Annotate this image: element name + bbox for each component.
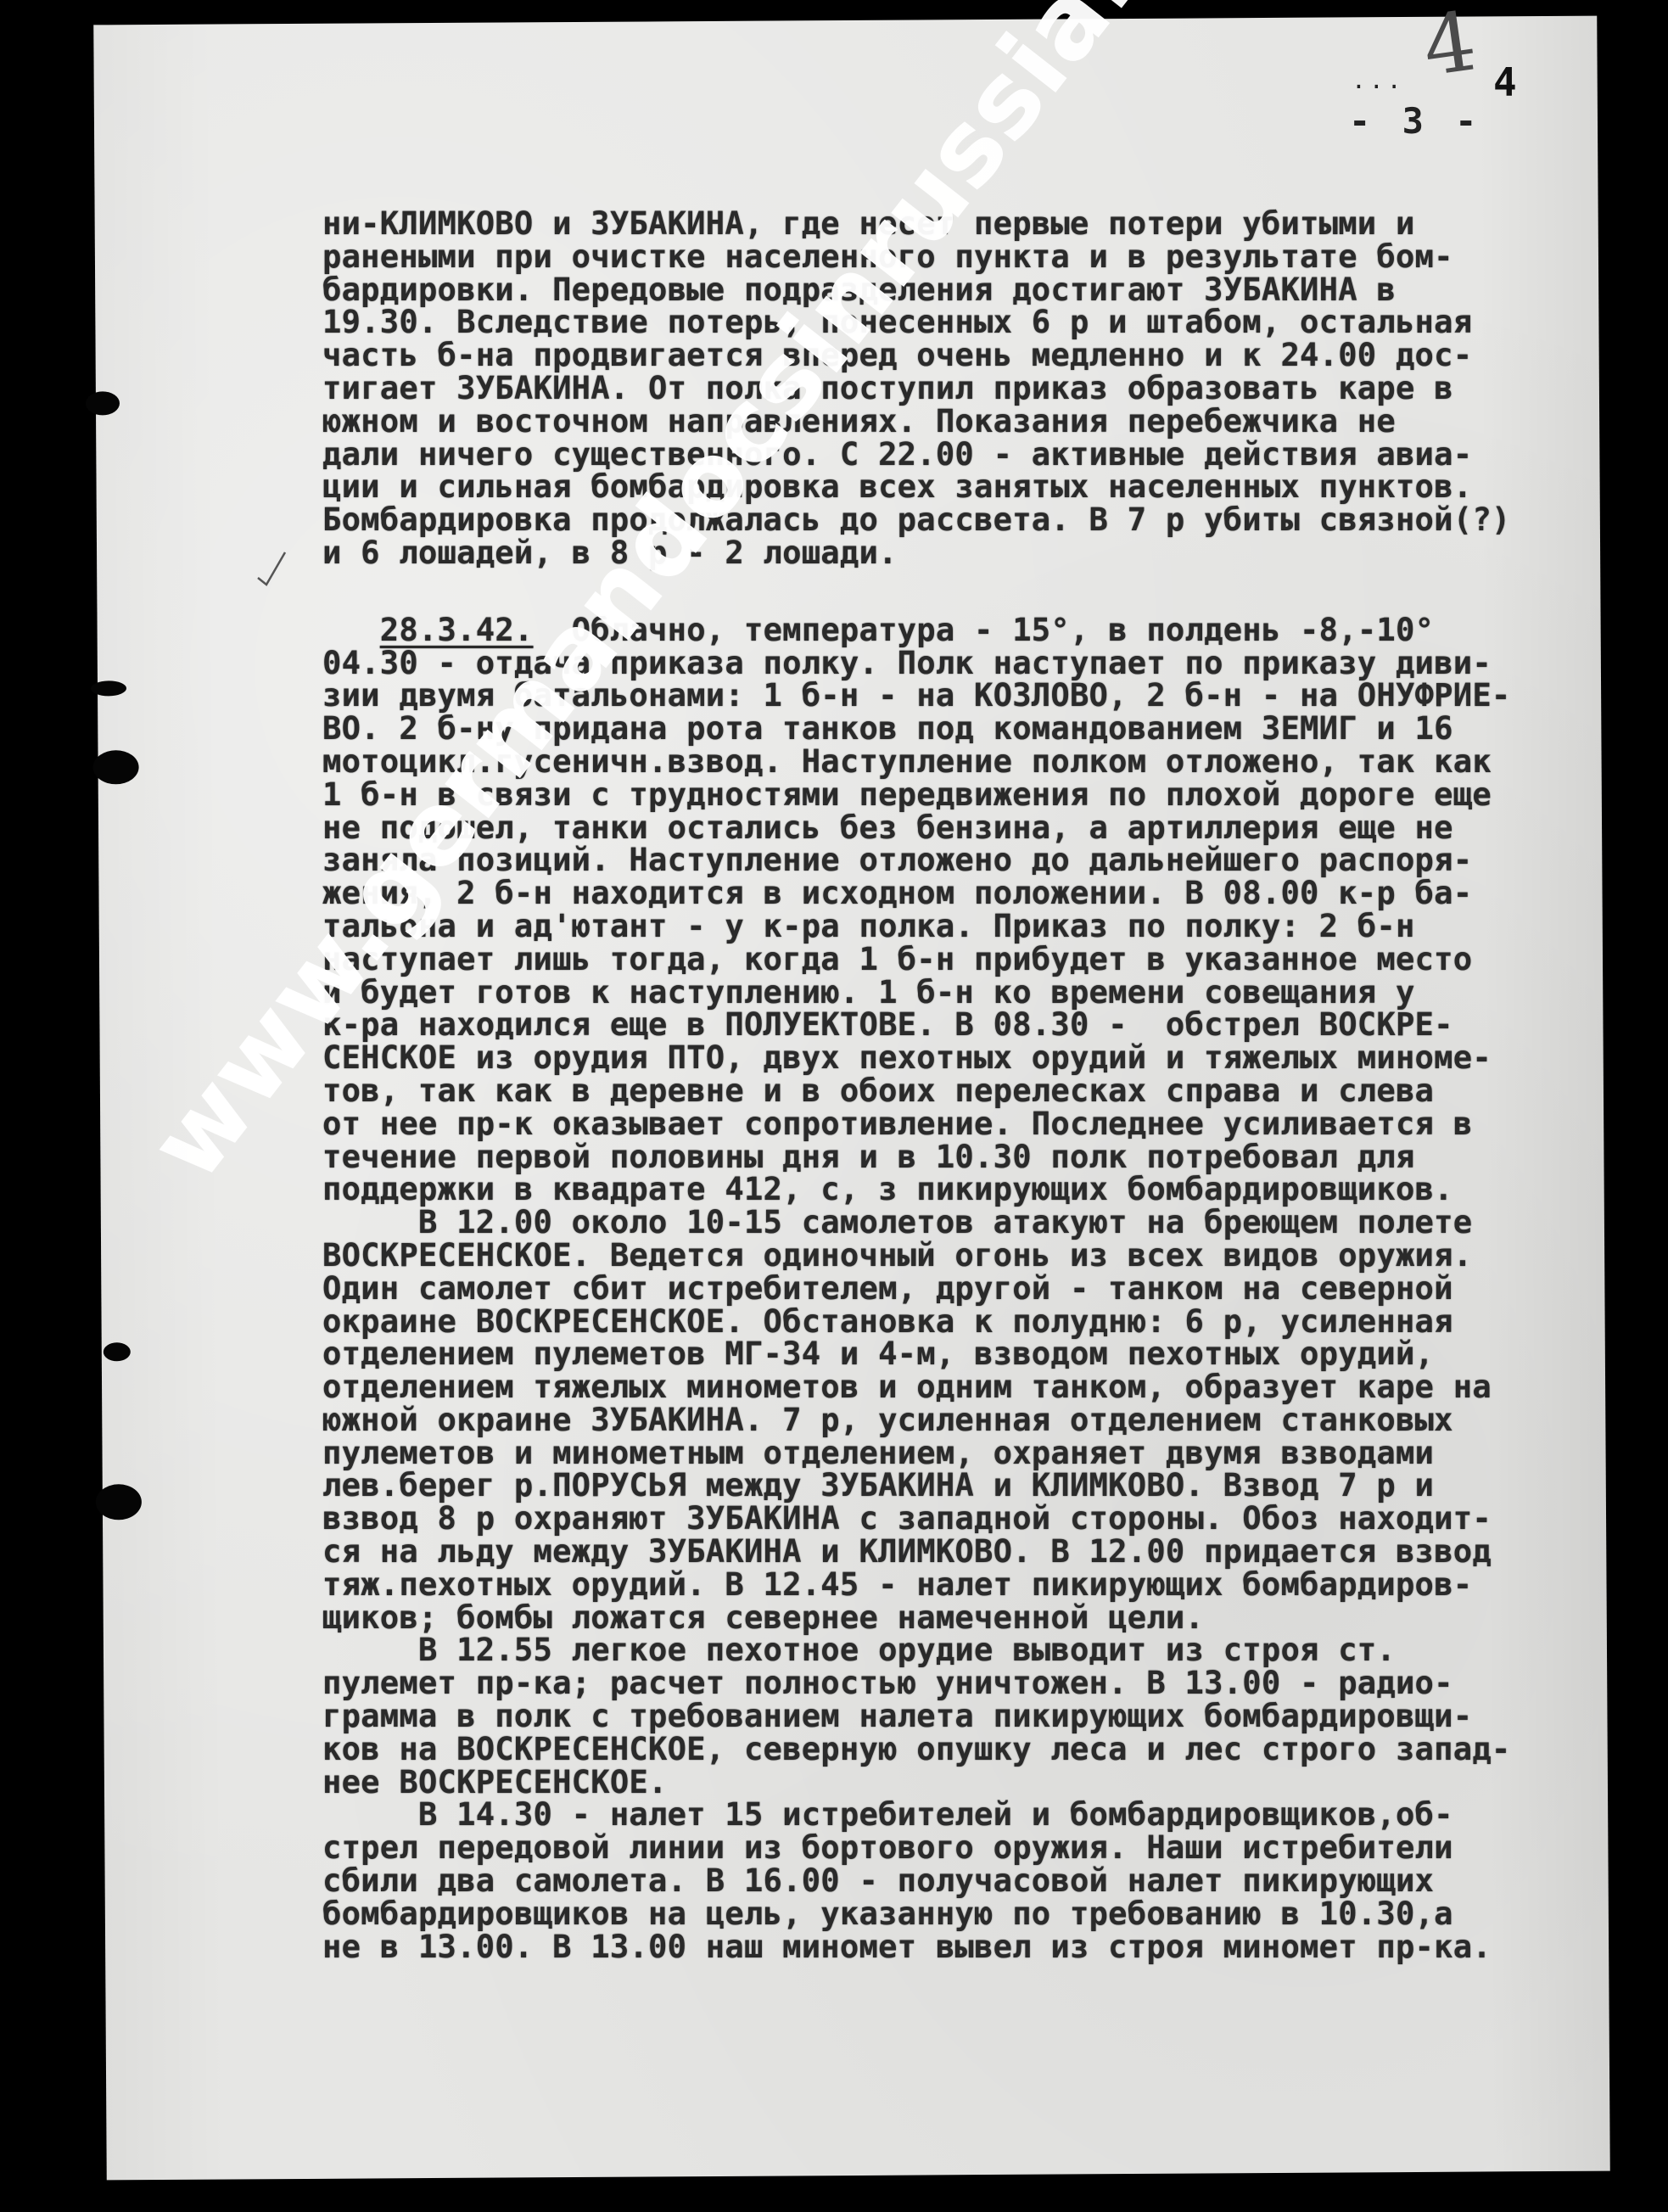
text-line: нее ВОСКРЕСЕНСКОЕ. — [322, 1766, 1629, 1799]
checkmark-icon — [255, 547, 288, 590]
text-line: ся на льду между ЗУБАКИНА и КЛИМКОВО. В … — [322, 1535, 1629, 1568]
text-line: наступает лишь тогда, когда 1 б-н прибуд… — [322, 943, 1629, 976]
punch-hole — [96, 1484, 142, 1520]
paragraph: ни-КЛИМКОВО и ЗУБАКИНА, где несет первые… — [322, 207, 1629, 569]
text-line: поддержки в квадрате 412, с, з пикирующи… — [322, 1173, 1629, 1206]
text-line: пулеметов и минометным отделением, охран… — [322, 1436, 1629, 1470]
paragraph: В 14.30 - налет 15 истребителей и бомбар… — [322, 1798, 1629, 1963]
text-line: отделением тяжелых минометов и одним тан… — [322, 1370, 1629, 1403]
text-line: бардировки. Передовые подразделения дост… — [322, 273, 1629, 306]
text-line: лев.берег р.ПОРУСЬЯ между ЗУБАКИНА и КЛИ… — [322, 1469, 1629, 1502]
text-line: заняла позиций. Наступление отложено до … — [322, 843, 1629, 876]
punch-hole — [91, 680, 126, 696]
paragraph: В 12.55 легкое пехотное орудие выводит и… — [322, 1633, 1629, 1798]
text-line: к-ра находился еще в ПОЛУЕКТОВЕ. В 08.30… — [322, 1008, 1629, 1041]
punch-hole — [92, 750, 138, 784]
text-line: СЕНСКОЕ из орудия ПТО, двух пехотных ору… — [322, 1041, 1629, 1074]
text-line: окраине ВОСКРЕСЕНСКОЕ. Обстановка к полу… — [322, 1305, 1629, 1338]
punch-hole — [86, 391, 120, 415]
paragraph: В 12.00 около 10-15 самолетов атакуют на… — [322, 1206, 1629, 1633]
text-line: жения, 2 б-н находится в исходном положе… — [322, 876, 1629, 910]
text-line: Один самолет сбит истребителем, другой -… — [322, 1272, 1629, 1305]
text-line: В 12.55 легкое пехотное орудие выводит и… — [322, 1633, 1629, 1666]
text-line: тальона и ад'ютант - у к-ра полка. Прика… — [322, 910, 1629, 943]
text-line: и 6 лошадей, в 8 р - 2 лошади. — [322, 536, 1629, 569]
archive-folio-stamp: 4 — [1493, 59, 1517, 105]
text-line: южной окраине ЗУБАКИНА. 7 р, усиленная о… — [322, 1403, 1629, 1436]
text-line: стрел передовой линии из бортового оружи… — [322, 1831, 1629, 1864]
text-line: не в 13.00. В 13.00 наш миномет вывел из… — [322, 1930, 1629, 1963]
text-line: В 14.30 - налет 15 истребителей и бомбар… — [322, 1798, 1629, 1831]
text-line: тяж.пехотных орудий. В 12.45 - налет пик… — [322, 1568, 1629, 1601]
text-line: щиков; бомбы ложатся севернее намеченной… — [322, 1601, 1629, 1634]
typewritten-body: ни-КЛИМКОВО и ЗУБАКИНА, где несет первые… — [322, 207, 1629, 1963]
page-number: - 3 - — [1349, 100, 1481, 142]
text-line: ков на ВОСКРЕСЕНСКОЕ, северную опушку ле… — [322, 1733, 1629, 1766]
text-line: бомбардировщиков на цель, указанную по т… — [322, 1897, 1629, 1930]
text-line: 19.30. Вследствие потерь, понесенных 6 р… — [322, 305, 1629, 339]
text-line: течение первой половины дня и в 10.30 по… — [322, 1140, 1629, 1173]
text-line: ВОСКРЕСЕНСКОЕ. Ведется одиночный огонь и… — [322, 1239, 1629, 1272]
text-line: тов, так как в деревне и в обоих перелес… — [322, 1074, 1629, 1107]
text-line: грамма в полк с требованием налета пикир… — [322, 1700, 1629, 1733]
stamp-marks: ... — [1352, 66, 1405, 94]
text-line: ранеными при очистке населенного пункта … — [322, 240, 1629, 273]
text-line: пулемет пр-ка; расчет полностью уничтоже… — [322, 1666, 1629, 1700]
text-line: ции и сильная бомбардировка всех занятых… — [322, 470, 1629, 503]
text-line: отделением пулеметов МГ-34 и 4-м, взводо… — [322, 1337, 1629, 1370]
text-line: южном и восточном направлениях. Показани… — [322, 405, 1629, 438]
text-line: часть б-на продвигается вперед очень мед… — [322, 339, 1629, 372]
text-line: Бомбардировка продолжалась до рассвета. … — [322, 503, 1629, 536]
text-line: и будет готов к наступлению. 1 б-н ко вр… — [322, 976, 1629, 1009]
punch-hole — [104, 1342, 131, 1361]
text-line: тигает ЗУБАКИНА. От полка поступил прика… — [322, 372, 1629, 405]
archive-folio-pencil: 4 — [1419, 0, 1481, 88]
text-line: дали ничего существенного. С 22.00 - акт… — [322, 438, 1629, 471]
text-line: взвод 8 р охраняют ЗУБАКИНА с западной с… — [322, 1502, 1629, 1535]
text-line: сбили два самолета. В 16.00 - получасово… — [322, 1864, 1629, 1897]
text-line: В 12.00 около 10-15 самолетов атакуют на… — [322, 1206, 1629, 1239]
text-line: от нее пр-к оказывает сопротивление. Пос… — [322, 1107, 1629, 1140]
